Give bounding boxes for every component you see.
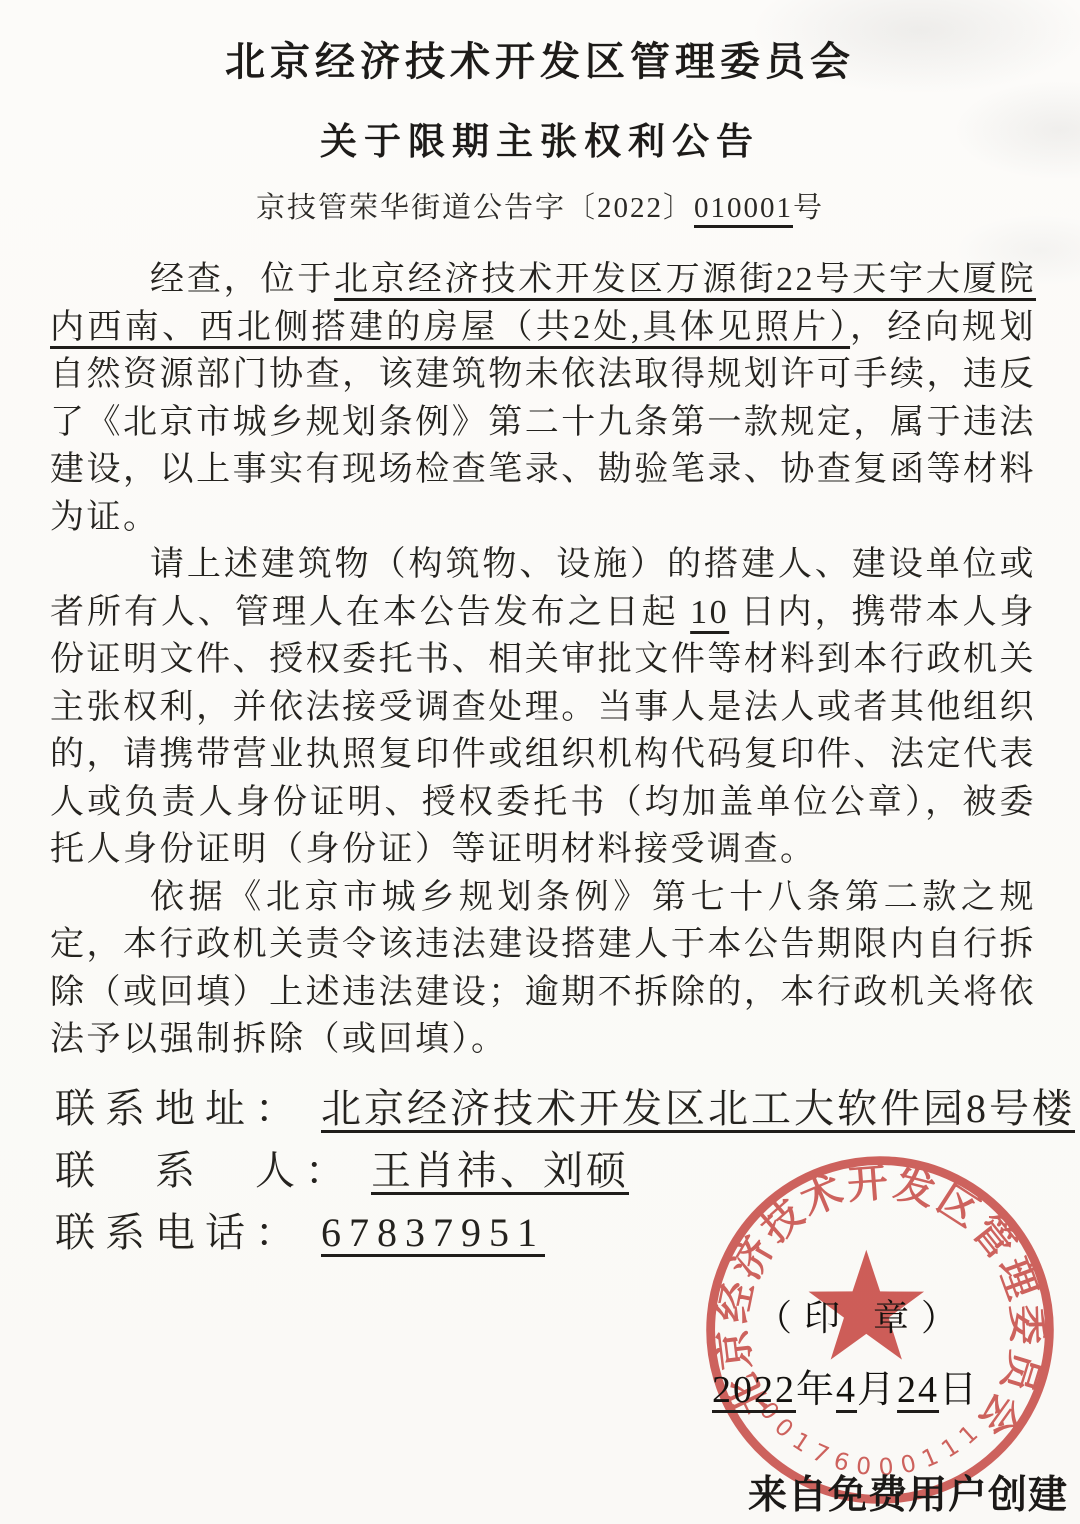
issue-date-day: 24: [897, 1369, 939, 1411]
paragraph-claim-rights: 请上述建筑物（构筑物、设施）的搭建人、建设单位或者所有人、管理人在本公告发布之日…: [50, 541, 1036, 874]
issue-date-month-unit: 月: [857, 1369, 897, 1411]
notice-document-page: 北京经济技术开发区管理委员会 关于限期主张权利公告 京技管荣华街道公告字〔202…: [0, 0, 1080, 1524]
paragraph-claim-rights-days-underlined: 10: [690, 594, 729, 631]
issue-date-day-unit: 日: [939, 1369, 979, 1411]
issue-date: 2022年4月24日: [712, 1358, 979, 1413]
document-header: 北京经济技术开发区管理委员会 关于限期主张权利公告 京技管荣华街道公告字〔202…: [0, 0, 1080, 226]
contact-address-label: 联系地址：: [55, 1086, 305, 1131]
issuing-authority-title: 北京经济技术开发区管理委员会: [0, 30, 1080, 87]
document-number: 京技管荣华街道公告字〔2022〕010001号: [0, 185, 1080, 226]
document-number-value: 010001: [694, 192, 793, 224]
notice-title: 关于限期主张权利公告: [0, 111, 1080, 165]
issue-date-month: 4: [836, 1369, 857, 1411]
paragraph-findings: 经查，位于北京经济技术开发区万源街22号天宇大厦院内西南、西北侧搭建的房屋（共2…: [50, 256, 1036, 541]
paragraph-findings-lead: 经查，位于: [150, 261, 334, 298]
free-user-watermark: 来自免费用户创建: [748, 1464, 1068, 1520]
issue-date-year-unit: 年: [796, 1369, 836, 1411]
seal-placeholder-label: （印 章）: [756, 1290, 969, 1341]
contact-address-row: 联系地址：北京经济技术开发区北工大软件园8号楼: [55, 1078, 1080, 1140]
contact-address-value: 北京经济技术开发区北工大软件园8号楼: [321, 1086, 1075, 1131]
contact-person-value: 王肖祎、刘硕: [371, 1148, 629, 1193]
paragraph-legal-basis: 依据《北京市城乡规划条例》第七十八条第二款之规定，本行政机关责令该违法建设搭建人…: [50, 874, 1036, 1064]
document-number-suffix: 号: [793, 192, 824, 224]
issue-date-year: 2022: [712, 1369, 796, 1411]
document-body: 经查，位于北京经济技术开发区万源街22号天宇大厦院内西南、西北侧搭建的房屋（共2…: [50, 256, 1036, 1064]
paragraph-claim-rights-rest: 日内，携带本人身份证明文件、授权委托书、相关审批文件等材料到本行政机关主张权利，…: [50, 594, 1036, 869]
contact-phone-value: 67837951: [321, 1210, 545, 1255]
document-number-prefix: 京技管荣华街道公告字〔2022〕: [256, 192, 694, 224]
contact-phone-label: 联系电话：: [55, 1210, 305, 1255]
contact-person-label: 联 系 人：: [55, 1148, 355, 1193]
